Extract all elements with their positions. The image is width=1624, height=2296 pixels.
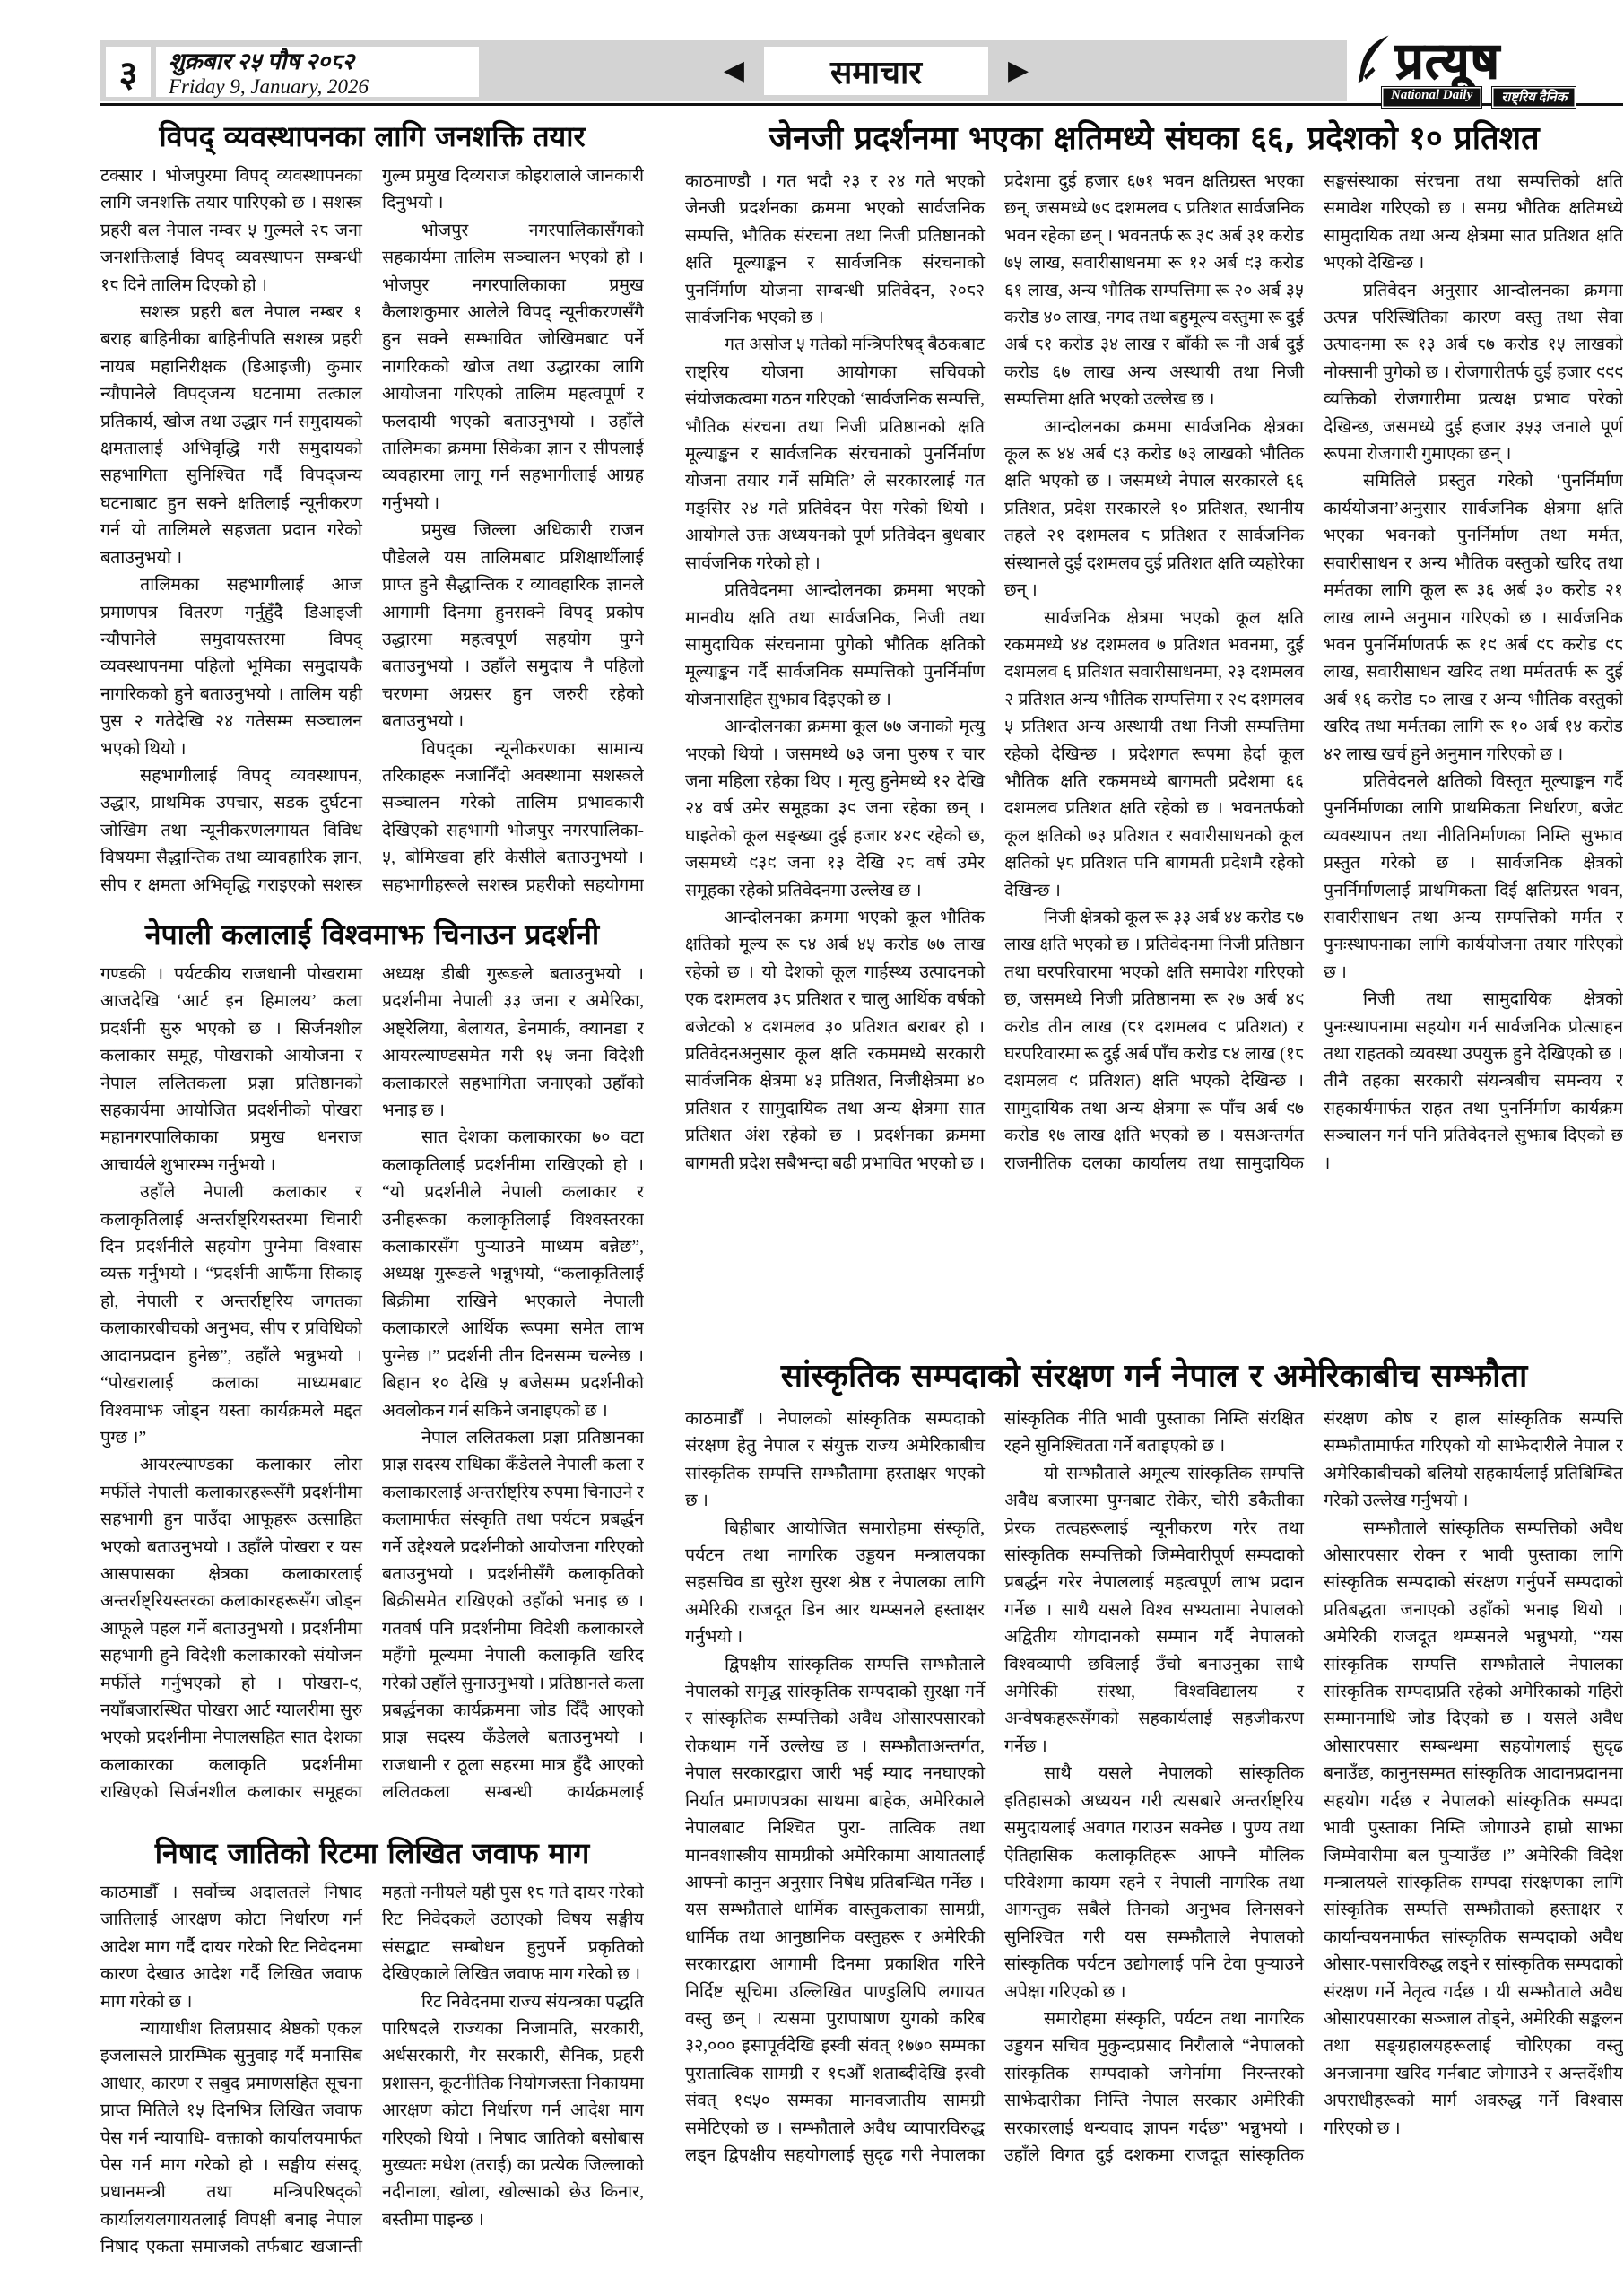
body-paragraph: रिट निवेदनमा राज्य संयन्त्रका पद्धति पार… bbox=[382, 1989, 644, 2235]
body-paragraph: प्रतिवेदन अनुसार आन्दोलनका क्रममा उत्पन्… bbox=[1324, 278, 1623, 469]
body-paragraph: सात देशका कलाकारका ७० वटा कलाकृतिलाई प्र… bbox=[382, 1125, 644, 1424]
article-body: काठमाडौँ । सर्वोच्च अदालतले निषाद जातिला… bbox=[100, 1880, 644, 2285]
article-disaster-training: विपद् व्यवस्थापनका लागि जनशक्ति तयार टक्… bbox=[100, 117, 644, 906]
body-paragraph: प्रतिवेदनमा आन्दोलनका क्रममा भएको मानवीय… bbox=[685, 578, 985, 714]
article-headline: सांस्कृतिक सम्पदाको संरक्षण गर्न नेपाल र… bbox=[685, 1354, 1623, 1399]
left-column-block: विपद् व्यवस्थापनका लागि जनशक्ति तयार टक्… bbox=[100, 117, 644, 2291]
article-body: टक्सार । भोजपुरमा विपद् व्यवस्थापनका लाग… bbox=[100, 163, 644, 906]
body-paragraph: समितिले प्रस्तुत गरेको ‘पुनर्निर्माण कार… bbox=[1324, 468, 1623, 768]
body-paragraph: भोजपुर नगरपालिकासँगको सहकार्यमा तालिम सञ… bbox=[382, 218, 644, 517]
article-body: काठमाडौँ । नेपालको सांस्कृतिक सम्पदाको स… bbox=[685, 1406, 1623, 2285]
paper-logo: प्रत्यूष National Daily राष्ट्रिय दैनिक bbox=[1354, 33, 1623, 103]
body-paragraph: सार्वजनिक क्षेत्रमा भएको कूल क्षति रकममध… bbox=[1004, 605, 1304, 905]
content-grid: विपद् व्यवस्थापनका लागि जनशक्ति तयार टक्… bbox=[100, 117, 1623, 2291]
body-paragraph: काठमाडौँ । नेपालको सांस्कृतिक सम्पदाको स… bbox=[685, 1406, 985, 1516]
paper-tag-nepali: राष्ट्रिय दैनिक bbox=[1491, 86, 1576, 109]
date-english: Friday 9, January, 2026 bbox=[169, 75, 466, 98]
body-paragraph: काठमाण्डौ । गत भदौ २३ र २४ गते भएको जेनज… bbox=[685, 169, 985, 332]
body-paragraph: तालिमका सहभागीलाई आज प्रमाणपत्र वितरण गर… bbox=[100, 572, 362, 763]
newspaper-page: ३ शुक्रबार २५ पौष २०८२ Friday 9, January… bbox=[0, 0, 1624, 2296]
body-paragraph: सम्झौताले सांस्कृतिक सम्पत्तिको अवैध ओसा… bbox=[1324, 1516, 1623, 2143]
article-headline: निषाद जातिको रिटमा लिखित जवाफ माग bbox=[100, 1833, 644, 1873]
page-number: ३ bbox=[106, 47, 151, 97]
date-nepali: शुक्रबार २५ पौष २०८२ bbox=[169, 48, 466, 75]
body-paragraph: बिहीबार आयोजित समारोहमा संस्कृति, पर्यटन… bbox=[685, 1516, 985, 1652]
article-art-exhibition: नेपाली कलालाई विश्वमाझ चिनाउन प्रदर्शनी … bbox=[100, 915, 644, 1824]
body-paragraph: प्रमुख जिल्ला अधिकारी राजन पौडेलले यस ता… bbox=[382, 517, 644, 735]
quill-icon bbox=[1354, 33, 1401, 85]
left-arrow-icon: ◀ bbox=[724, 57, 744, 84]
right-arrow-icon: ▶ bbox=[1008, 57, 1029, 84]
body-paragraph: आन्दोलनका क्रममा कूल ७७ जनाको मृत्यु भएक… bbox=[685, 714, 985, 905]
body-paragraph: निजी तथा सामुदायिक क्षेत्रको पुनःस्थापना… bbox=[1324, 987, 1623, 1178]
body-paragraph: आन्दोलनका क्रममा सार्वजनिक क्षेत्रका कूल… bbox=[1004, 414, 1304, 605]
body-paragraph: यो सम्झौताले अमूल्य सांस्कृतिक सम्पत्ति … bbox=[1004, 1461, 1304, 1761]
article-nishad-writ: निषाद जातिको रिटमा लिखित जवाफ माग काठमाड… bbox=[100, 1833, 644, 2285]
article-genz-damage: जेनजी प्रदर्शनमा भएका क्षतिमध्ये संघका ६… bbox=[685, 117, 1623, 1345]
article-headline: विपद् व्यवस्थापनका लागि जनशक्ति तयार bbox=[100, 117, 644, 156]
right-column-block: जेनजी प्रदर्शनमा भएका क्षतिमध्ये संघका ६… bbox=[685, 117, 1623, 2291]
body-paragraph: उहाँले नेपाली कलाकार र कलाकृतिलाई अन्तर्… bbox=[100, 1179, 362, 1452]
masthead: ३ शुक्रबार २५ पौष २०८२ Friday 9, January… bbox=[100, 40, 1623, 106]
body-paragraph: काठमाडौँ । सर्वोच्च अदालतले निषाद जातिला… bbox=[100, 1880, 362, 2016]
date-box: शुक्रबार २५ पौष २०८२ Friday 9, January, … bbox=[156, 47, 479, 97]
paper-tag-english: National Daily bbox=[1381, 86, 1482, 109]
body-paragraph: टक्सार । भोजपुरमा विपद् व्यवस्थापनका लाग… bbox=[100, 163, 362, 300]
section-header: ◀ समाचार ▶ bbox=[674, 40, 1078, 101]
paper-name: प्रत्यूष bbox=[1395, 39, 1500, 85]
article-culture-agreement: सांस्कृतिक सम्पदाको संरक्षण गर्न नेपाल र… bbox=[685, 1354, 1623, 2285]
article-headline: जेनजी प्रदर्शनमा भएका क्षतिमध्ये संघका ६… bbox=[685, 117, 1623, 161]
section-title: समाचार bbox=[764, 47, 988, 95]
body-paragraph: गण्डकी । पर्यटकीय राजधानी पोखरामा आजदेखि… bbox=[100, 961, 362, 1179]
body-paragraph: प्रतिवेदनले क्षतिको विस्तृत मूल्याङ्कन ग… bbox=[1324, 769, 1623, 987]
body-paragraph: गत असोज ५ गतेको मन्त्रिपरिषद् बैठकबाट रा… bbox=[685, 332, 985, 578]
body-paragraph: सशस्त्र प्रहरी बल नेपाल नम्बर १ बराह बाह… bbox=[100, 300, 362, 572]
article-body: काठमाण्डौ । गत भदौ २३ र २४ गते भएको जेनज… bbox=[685, 169, 1623, 1345]
article-body: गण्डकी । पर्यटकीय राजधानी पोखरामा आजदेखि… bbox=[100, 961, 644, 1824]
article-headline: नेपाली कलालाई विश्वमाझ चिनाउन प्रदर्शनी bbox=[100, 915, 644, 954]
body-paragraph: साथै यसले नेपालको सांस्कृतिक इतिहासको अध… bbox=[1004, 1761, 1304, 2006]
